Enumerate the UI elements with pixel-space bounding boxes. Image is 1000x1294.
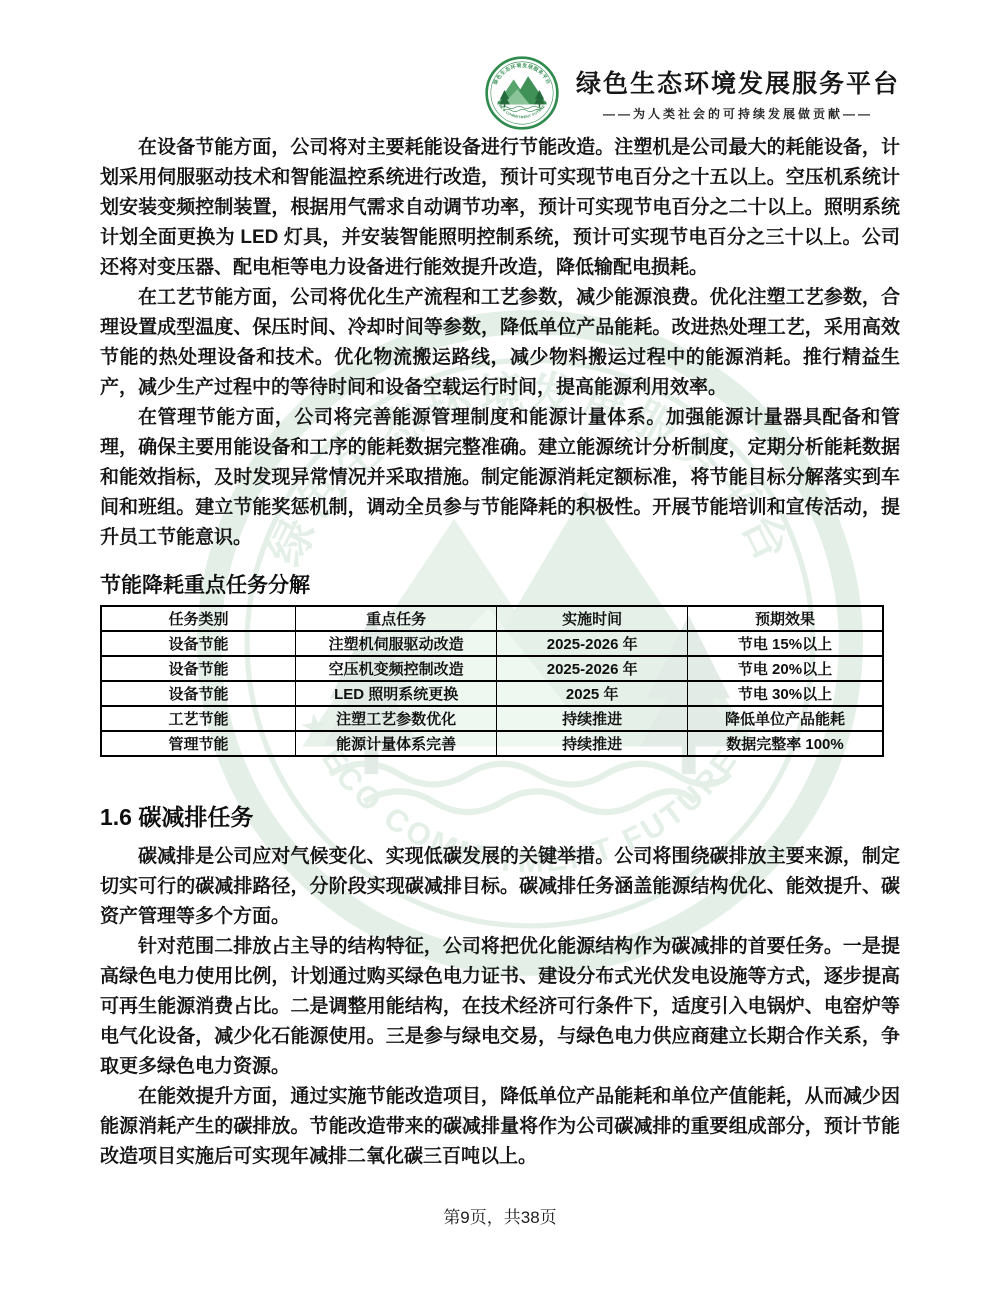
table-row: 管理节能 能源计量体系完善 持续推进 数据完整率 100% (101, 731, 883, 756)
table-cell: 设备节能 (101, 681, 295, 706)
document-body: 在设备节能方面，公司将对主要耗能设备进行节能改造。注塑机是公司最大的耗能设备，计… (100, 131, 900, 1172)
column-header: 任务类别 (101, 606, 295, 631)
table-cell: 降低单位产品能耗 (687, 706, 883, 731)
table-header-row: 任务类别 重点任务 实施时间 预期效果 (101, 606, 883, 631)
paragraph-management-energy-saving: 在管理节能方面，公司将完善能源管理制度和能源计量体系。加强能源计量器具配备和管理… (100, 403, 900, 553)
table-cell: 设备节能 (101, 631, 295, 656)
table-cell: 节电 30%以上 (687, 681, 883, 706)
paragraph-equipment-energy-saving: 在设备节能方面，公司将对主要耗能设备进行节能改造。注塑机是公司最大的耗能设备，计… (100, 133, 900, 283)
table-row: 设备节能 注塑机伺服驱动改造 2025-2026 年 节电 15%以上 (101, 631, 883, 656)
platform-logo-icon (484, 55, 560, 131)
table-cell: 2025-2026 年 (497, 631, 688, 656)
table-cell: 持续推进 (497, 706, 688, 731)
paragraph-process-energy-saving: 在工艺节能方面，公司将优化生产流程和工艺参数，减少能源浪费。优化注塑工艺参数，合… (100, 283, 900, 403)
document-page: 绿色生态环境发展服务平台 ★ ECO COMMITMENT FUTURE (0, 0, 1000, 1294)
table-cell: 2025 年 (497, 681, 688, 706)
table-cell: 2025-2026 年 (497, 656, 688, 681)
energy-saving-task-table: 任务类别 重点任务 实施时间 预期效果 设备节能 注塑机伺服驱动改造 2025-… (100, 605, 884, 757)
table-cell: 持续推进 (497, 731, 688, 756)
table-row: 设备节能 LED 照明系统更换 2025 年 节电 30%以上 (101, 681, 883, 706)
page-header: 绿色生态环境发展服务平台 ——为人类社会的可持续发展做贡献—— (0, 0, 1000, 131)
column-header: 重点任务 (295, 606, 496, 631)
paragraph-carbon-overview: 碳减排是公司应对气候变化、实现低碳发展的关键举措。公司将围绕碳排放主要来源，制定… (100, 842, 900, 932)
table-cell: LED 照明系统更换 (295, 681, 496, 706)
table-cell: 空压机变频控制改造 (295, 656, 496, 681)
table-heading: 节能降耗重点任务分解 (100, 569, 900, 599)
table-cell: 注塑工艺参数优化 (295, 706, 496, 731)
table-cell: 能源计量体系完善 (295, 731, 496, 756)
column-header: 实施时间 (497, 606, 688, 631)
paragraph-energy-structure: 针对范围二排放占主导的结构特征，公司将把优化能源结构作为碳减排的首要任务。一是提… (100, 932, 900, 1082)
column-header: 预期效果 (687, 606, 883, 631)
paragraph-efficiency-improvement: 在能效提升方面，通过实施节能改造项目，降低单位产品能耗和单位产值能耗，从而减少因… (100, 1082, 900, 1172)
table-cell: 注塑机伺服驱动改造 (295, 631, 496, 656)
table-cell: 设备节能 (101, 656, 295, 681)
table-row: 设备节能 空压机变频控制改造 2025-2026 年 节电 20%以上 (101, 656, 883, 681)
platform-name: 绿色生态环境发展服务平台 (576, 64, 900, 100)
table-cell: 工艺节能 (101, 706, 295, 731)
section-heading-1-6: 1.6 碳减排任务 (100, 799, 900, 832)
table-cell: 管理节能 (101, 731, 295, 756)
page-number: 第9页，共38页 (0, 1203, 1000, 1228)
table-cell: 节电 15%以上 (687, 631, 883, 656)
table-cell: 数据完整率 100% (687, 731, 883, 756)
platform-tagline: ——为人类社会的可持续发展做贡献—— (603, 105, 873, 122)
table-row: 工艺节能 注塑工艺参数优化 持续推进 降低单位产品能耗 (101, 706, 883, 731)
brand-block: 绿色生态环境发展服务平台 ——为人类社会的可持续发展做贡献—— (576, 64, 900, 122)
table-cell: 节电 20%以上 (687, 656, 883, 681)
